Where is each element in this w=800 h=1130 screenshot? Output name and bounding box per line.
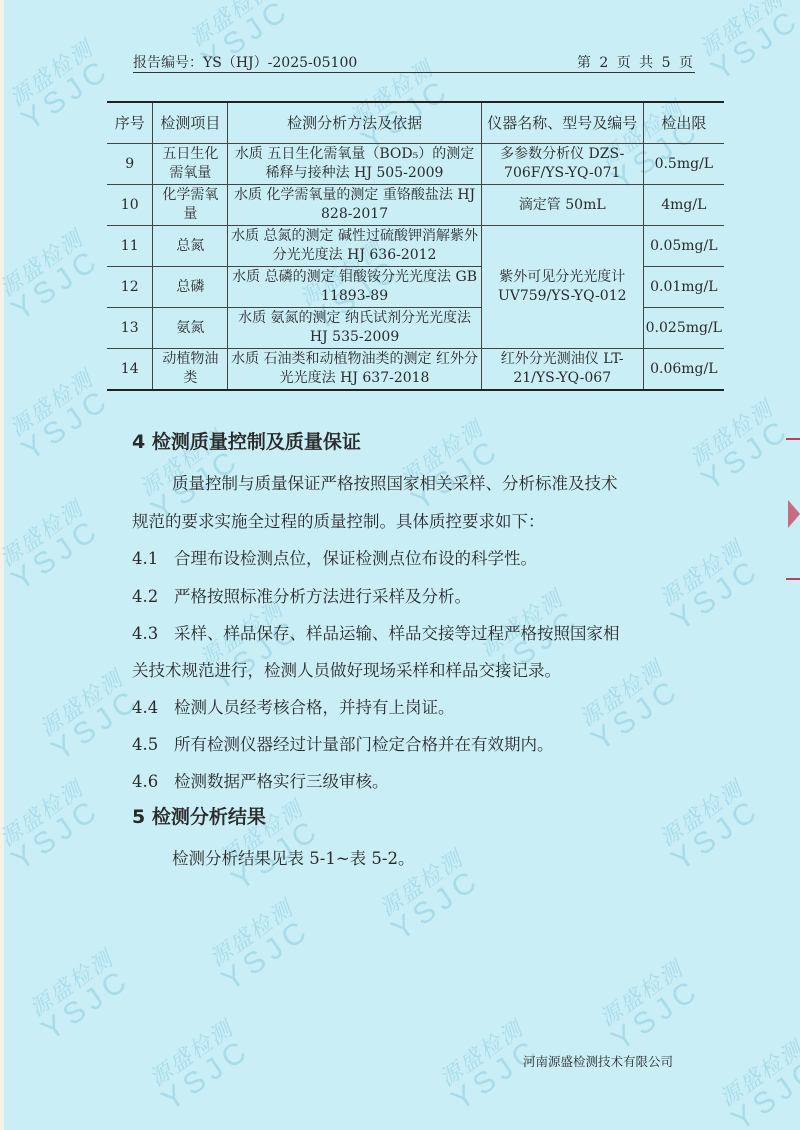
watermark: 源盛检测YSJC [204,896,316,996]
cell-limit: 0.05mg/L [643,226,724,267]
watermark: 源盛检测YSJC [194,596,306,696]
column-header-limit: 检出限 [643,102,724,144]
cell-no: 11 [107,226,153,267]
cell-method: 水质 石油类和动植物油类的测定 红外分光光度法 HJ 637-2018 [228,349,482,391]
table-row: 10 化学需氧量 水质 化学需氧量的测定 重铬酸盐法 HJ 828-2017 滴… [107,185,724,226]
cell-method: 水质 氨氮的测定 纳氏试剂分光光度法 HJ 535-2009 [228,308,482,349]
cell-item: 化学需氧量 [153,185,228,226]
table-header-row: 序号 检测项目 检测分析方法及依据 仪器名称、型号及编号 检出限 [107,102,724,144]
section-4-title: 4 检测质量控制及质量保证 [132,427,361,454]
column-header-method: 检测分析方法及依据 [228,102,482,144]
watermark: 源盛检测YSJC [0,496,106,596]
cell-no: 12 [107,267,153,308]
page-number: 第 2 页 共 5 页 [577,52,695,72]
report-number: 报告编号：YS（HJ）-2025-05100 [133,52,357,72]
cell-instrument: 多参数分析仪 DZS-706F/YS-YQ-071 [481,144,643,185]
footer-company-name: 河南源盛检测技术有限公司 [523,1052,673,1070]
cell-limit: 0.5mg/L [643,144,724,185]
table-row: 9 五日生化需氧量 水质 五日生化需氧量（BOD₅）的测定 稀释与接种法 HJ … [107,144,724,185]
table-row: 14 动植物油类 水质 石油类和动植物油类的测定 红外分光光度法 HJ 637-… [107,349,724,391]
qc-item-4-4: 4.4检测人员经考核合格，并持有上岗证。 [132,694,455,718]
cell-item: 五日生化需氧量 [153,144,228,185]
cell-item: 总氮 [153,226,228,267]
cell-no: 13 [107,308,153,349]
method-table: 序号 检测项目 检测分析方法及依据 仪器名称、型号及编号 检出限 9 五日生化需… [107,101,724,391]
watermark: 源盛检测YSJC [694,0,800,86]
watermark: 源盛检测YSJC [574,656,686,756]
cell-limit: 0.025mg/L [643,308,724,349]
cell-no: 14 [107,349,153,391]
cell-instrument: 紫外可见分光光度计 UV759/YS-YQ-012 [481,226,643,349]
cell-item: 动植物油类 [153,349,228,391]
cell-no: 9 [107,144,153,185]
watermark: 源盛检测YSJC [0,776,106,876]
watermark: 源盛检测YSJC [654,536,766,636]
section-4-intro-line-1: 质量控制与质量保证严格按照国家相关采样、分析标准及技术 [172,470,618,494]
watermark: 源盛检测YSJC [594,956,706,1056]
cell-method: 水质 总磷的测定 钼酸铵分光光度法 GB 11893-89 [228,267,482,308]
column-header-instrument: 仪器名称、型号及编号 [481,102,643,144]
watermark: 源盛检测YSJC [684,396,796,496]
table-row: 11 总氮 水质 总氮的测定 碱性过硫酸钾消解紫外分光光度法 HJ 636-20… [107,226,724,267]
qc-item-4-3: 4.3采样、样品保存、样品运输、样品交接等过程严格按照国家相 [132,620,620,644]
cell-limit: 0.06mg/L [643,349,724,391]
column-header-no: 序号 [107,102,153,144]
cell-limit: 4mg/L [643,185,724,226]
watermark: 源盛检测YSJC [394,416,506,516]
qc-item-4-3-continued: 关技术规范进行，检测人员做好现场采样和样品交接记录。 [132,657,561,681]
qc-item-4-6: 4.6检测数据严格实行三级审核。 [132,768,389,792]
section-4-intro-line-2: 规范的要求实施全过程的质量控制。具体质控要求如下： [132,508,545,532]
page-edge [0,0,4,1130]
watermark: 源盛检测YSJC [4,366,116,466]
page-header: 报告编号：YS（HJ）-2025-05100 第 2 页 共 5 页 [133,48,695,73]
section-5-text: 检测分析结果见表 5-1~表 5-2。 [172,845,414,869]
cell-method: 水质 化学需氧量的测定 重铬酸盐法 HJ 828-2017 [228,185,482,226]
qc-item-4-2: 4.2严格按照标准分析方法进行采样及分析。 [132,583,471,607]
watermark: 源盛检测YSJC [4,36,116,136]
cell-no: 10 [107,185,153,226]
watermark: 源盛检测YSJC [654,776,766,876]
cell-limit: 0.01mg/L [643,267,724,308]
section-5-title: 5 检测分析结果 [132,802,266,829]
watermark: 源盛检测YSJC [714,1036,800,1130]
cell-instrument: 红外分光测油仪 LT-21/YS-YQ-067 [481,349,643,391]
watermark: 源盛检测YSJC [24,946,136,1046]
column-header-item: 检测项目 [153,102,228,144]
watermark: 源盛检测YSJC [144,1016,256,1116]
cell-method: 水质 总氮的测定 碱性过硫酸钾消解紫外分光光度法 HJ 636-2012 [228,226,482,267]
watermark: 源盛检测YSJC [0,226,106,326]
cell-item: 氨氮 [153,308,228,349]
seal-stamp-fragment [782,430,800,600]
cell-method: 水质 五日生化需氧量（BOD₅）的测定 稀释与接种法 HJ 505-2009 [228,144,482,185]
watermark: 源盛检测YSJC [34,666,146,766]
cell-instrument: 滴定管 50mL [481,185,643,226]
cell-item: 总磷 [153,267,228,308]
qc-item-4-5: 4.5所有检测仪器经过计量部门检定合格并在有效期内。 [132,731,554,755]
qc-item-4-1: 4.1合理布设检测点位，保证检测点位布设的科学性。 [132,545,537,569]
